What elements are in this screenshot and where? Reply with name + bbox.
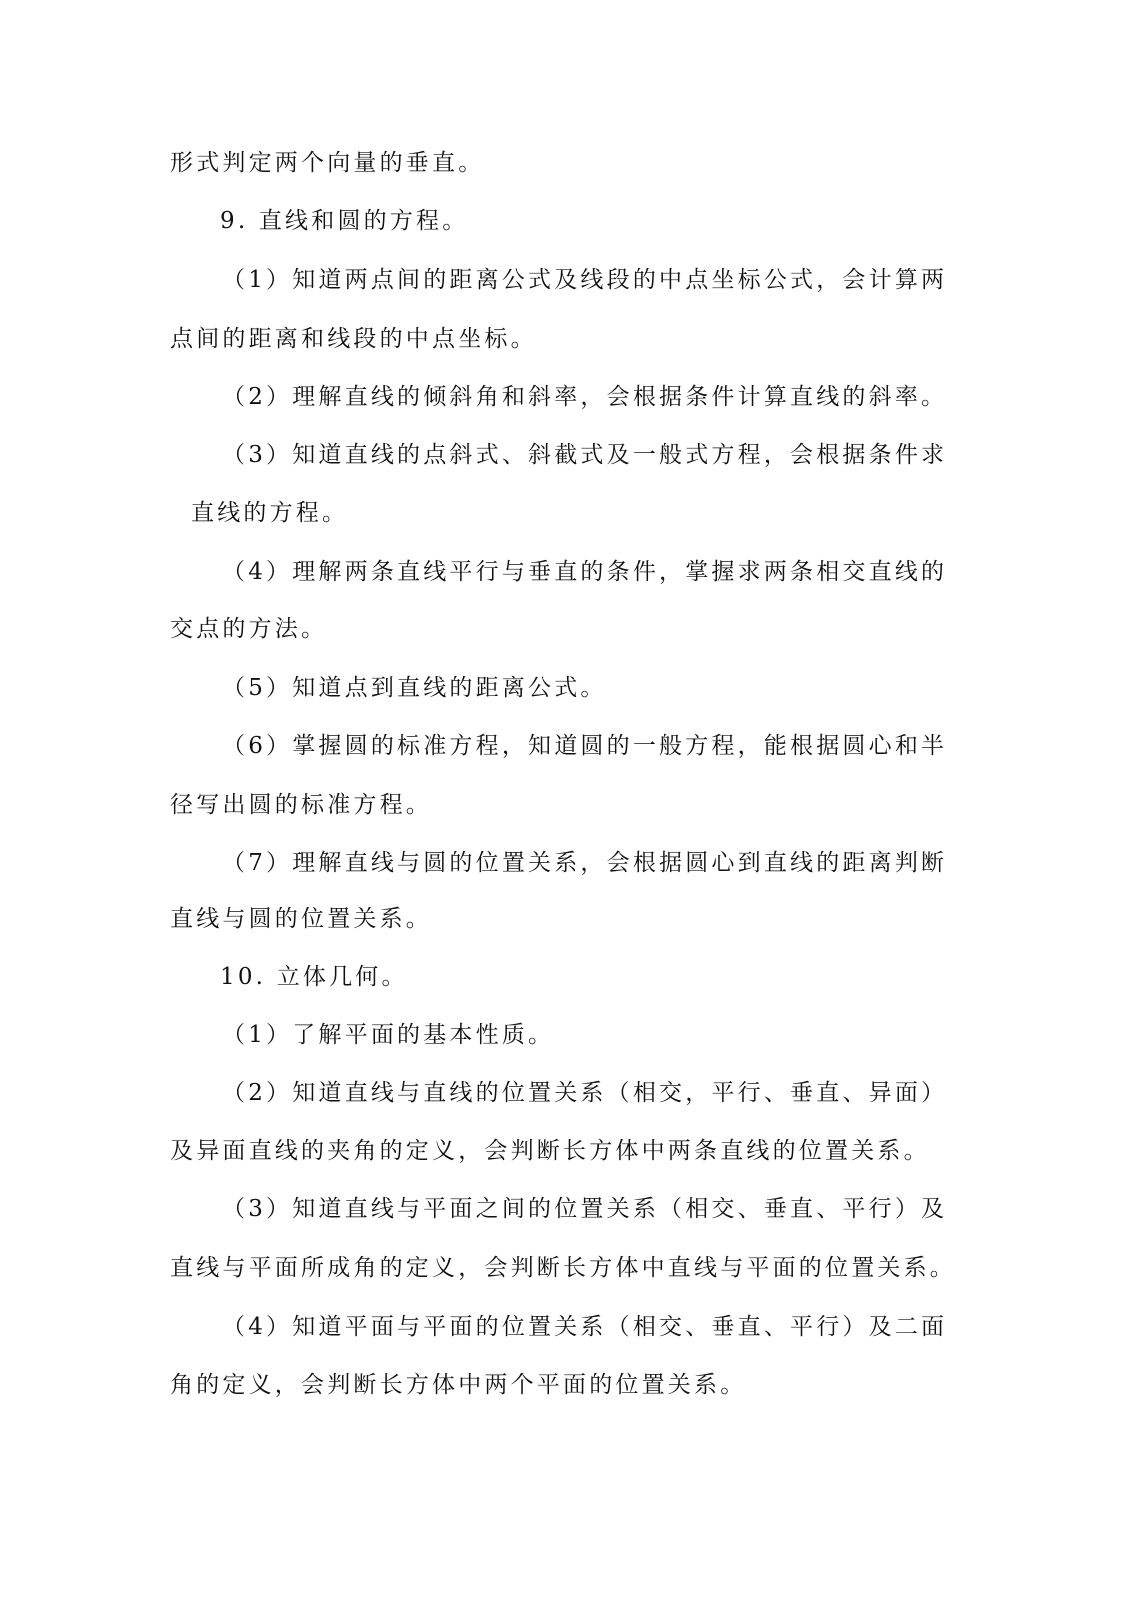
item-9-2: （2）理解直线的倾斜角和斜率，会根据条件计算直线的斜率。 (222, 382, 947, 412)
document-page: 形式判定两个向量的垂直。 9. 直线和圆的方程。 （1）知道两点间的距离公式及线… (0, 0, 1131, 1600)
item-9-1-line-2: 点间的距离和线段的中点坐标。 (170, 324, 537, 354)
item-10-2-line-1: （2）知道直线与直线的位置关系（相交，平行、垂直、异面） (222, 1078, 947, 1108)
item-9-4-line-2: 交点的方法。 (170, 614, 327, 644)
paragraph-line-vector-perpendicular: 形式判定两个向量的垂直。 (170, 148, 484, 178)
section-heading-10-solid-geometry: 10. 立体几何。 (220, 962, 408, 992)
item-10-1: （1）了解平面的基本性质。 (222, 1020, 554, 1050)
item-9-5: （5）知道点到直线的距离公式。 (222, 673, 607, 703)
item-9-6-line-2: 径写出圆的标准方程。 (170, 790, 432, 820)
item-10-3-line-2: 直线与平面所成角的定义，会判断长方体中直线与平面的位置关系。 (170, 1253, 956, 1283)
item-10-4-line-1: （4）知道平面与平面的位置关系（相交、垂直、平行）及二面 (222, 1312, 947, 1342)
item-9-3-line-2: 直线的方程。 (191, 498, 348, 528)
item-9-4-line-1: （4）理解两条直线平行与垂直的条件，掌握求两条相交直线的 (222, 557, 947, 587)
item-10-4-line-2: 角的定义，会判断长方体中两个平面的位置关系。 (170, 1370, 746, 1400)
section-heading-9-lines-and-circles: 9. 直线和圆的方程。 (220, 206, 468, 236)
item-9-6-line-1: （6）掌握圆的标准方程，知道圆的一般方程，能根据圆心和半 (222, 731, 947, 761)
item-10-3-line-1: （3）知道直线与平面之间的位置关系（相交、垂直、平行）及 (222, 1194, 947, 1224)
item-9-7-line-2: 直线与圆的位置关系。 (170, 904, 432, 934)
item-10-2-line-2: 及异面直线的夹角的定义，会判断长方体中两条直线的位置关系。 (170, 1136, 930, 1166)
item-9-1-line-1: （1）知道两点间的距离公式及线段的中点坐标公式，会计算两 (222, 265, 947, 295)
item-9-7-line-1: （7）理解直线与圆的位置关系，会根据圆心到直线的距离判断 (222, 848, 947, 878)
item-9-3-line-1: （3）知道直线的点斜式、斜截式及一般式方程，会根据条件求 (222, 440, 947, 470)
